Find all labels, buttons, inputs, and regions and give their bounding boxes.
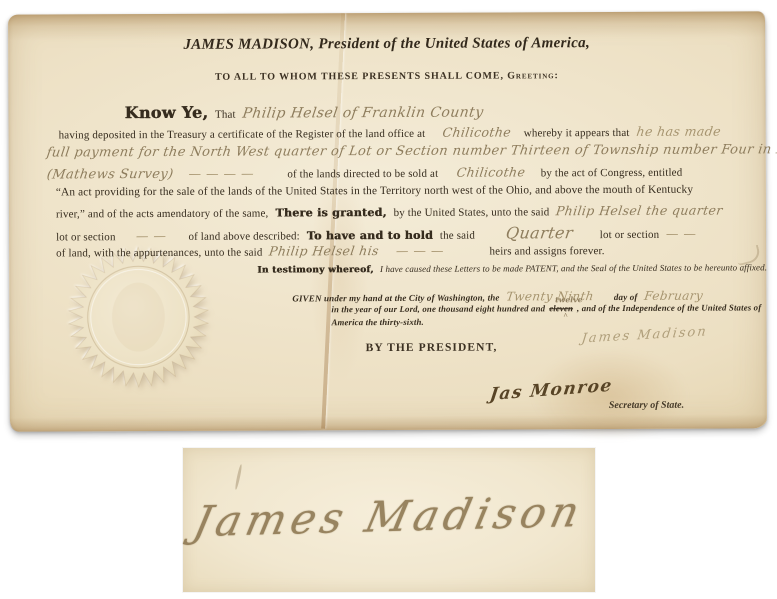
by-the-president-label: BY THE PRESIDENT, — [366, 342, 498, 355]
quarter-handwritten: Quarter — [505, 223, 575, 242]
deposit-text: having deposited in the Treasury a certi… — [59, 128, 426, 142]
lot-or-section-text-1: lot or section — [56, 231, 116, 243]
sold-place-handwritten: Chilicothe — [456, 164, 527, 179]
lot-or-section-text-2: lot or section — [600, 229, 660, 241]
struck-word-text: eleven — [549, 303, 573, 313]
ink-fleck — [234, 464, 242, 490]
madison-signature-closeup: James Madison — [178, 486, 601, 546]
body-line-act: “An act providing for the sale of the la… — [56, 184, 693, 199]
that-word: That — [215, 109, 236, 121]
heirs-forever-text: heirs and assigns forever. — [489, 245, 604, 258]
land-grant-document: JAMES MADISON, President of the United S… — [8, 11, 767, 431]
embossed-seal-icon — [67, 246, 210, 389]
grantee-his-handwritten: Philip Helsel his — [268, 243, 380, 258]
body-line-deposit: having deposited in the Treasury a certi… — [59, 124, 725, 142]
he-has-made-handwritten: he has made — [635, 124, 721, 139]
there-is-granted-gothic: There is granted, — [275, 206, 386, 219]
grantee-quarter-handwritten: Philip Helsel the quarter — [555, 203, 724, 219]
secretary-of-state-label: Secretary of State. — [609, 400, 684, 411]
survey-dash-flourish: ———— — [187, 166, 259, 181]
testimony-line: In testimony whereof, I have caused thes… — [257, 262, 771, 275]
the-said-text: the said — [440, 230, 475, 242]
whereby-text: whereby it appears that — [524, 127, 630, 139]
struck-word: eleventwelve^ — [549, 303, 573, 313]
day-of-text: day of — [614, 292, 638, 302]
of-land-described-text: of land above described: — [188, 230, 299, 242]
testimony-text: I have caused these Letters to be made P… — [380, 262, 767, 274]
year-text: in the year of our Lord, one thousand ei… — [331, 303, 545, 314]
given-line-3: America the thirty-sixth. — [331, 317, 424, 327]
given-text: GIVEN under my hand at the City of Washi… — [292, 293, 499, 304]
caret-mark: ^ — [563, 311, 568, 320]
land-office-handwritten: Chilicothe — [441, 124, 512, 139]
sold-at-text: of the lands directed to be sold at — [287, 168, 438, 181]
month-handwritten: February — [643, 289, 704, 303]
dash-flourish-2: —— — [665, 226, 702, 241]
to-have-and-hold-gothic: To have and to hold — [307, 229, 433, 243]
dash-flourish-3: ——— — [395, 243, 450, 258]
act-of-congress-text: by the act of Congress, entitled — [541, 167, 683, 180]
body-line-forever: of land, with the appurtenances, unto th… — [56, 242, 609, 259]
payment-handwritten: full payment for the North West quarter … — [46, 141, 777, 160]
body-line-granted: river,” and of the acts amendatory of th… — [56, 203, 727, 221]
unto-said-text: by the United States, unto the said — [394, 206, 550, 219]
appurtenances-text: of land, with the appurtenances, unto th… — [56, 247, 262, 260]
river-text: river,” and of the acts amendatory of th… — [56, 208, 269, 221]
signature-closeup-image: James Madison — [183, 448, 595, 592]
body-line-payment: full payment for the North West quarter … — [47, 141, 777, 160]
inserted-word: twelve — [555, 295, 583, 304]
given-line-2: in the year of our Lord, one thousand ei… — [331, 302, 765, 314]
document-title: JAMES MADISON, President of the United S… — [8, 34, 765, 54]
dash-flourish-1: —— — [135, 228, 172, 243]
madison-signature: James Madison — [581, 324, 709, 346]
in-testimony-gothic: In testimony whereof, — [257, 265, 373, 276]
know-ye-gothic: Know Ye, — [124, 103, 208, 122]
screenshot-canvas: JAMES MADISON, President of the United S… — [0, 0, 777, 599]
body-line-survey: (Mathews Survey) ———— of the lands direc… — [47, 164, 687, 183]
grantee-name-handwritten: Philip Helsel of Franklin County — [242, 105, 485, 122]
survey-handwritten: (Mathews Survey) — [46, 167, 175, 183]
independence-text: , and of the Independence of the United … — [577, 302, 761, 313]
salutation-line: TO ALL TO WHOM THESE PRESENTS SHALL COME… — [8, 69, 765, 83]
body-line-know-ye: Know Ye, That Philip Helsel of Franklin … — [124, 102, 487, 123]
